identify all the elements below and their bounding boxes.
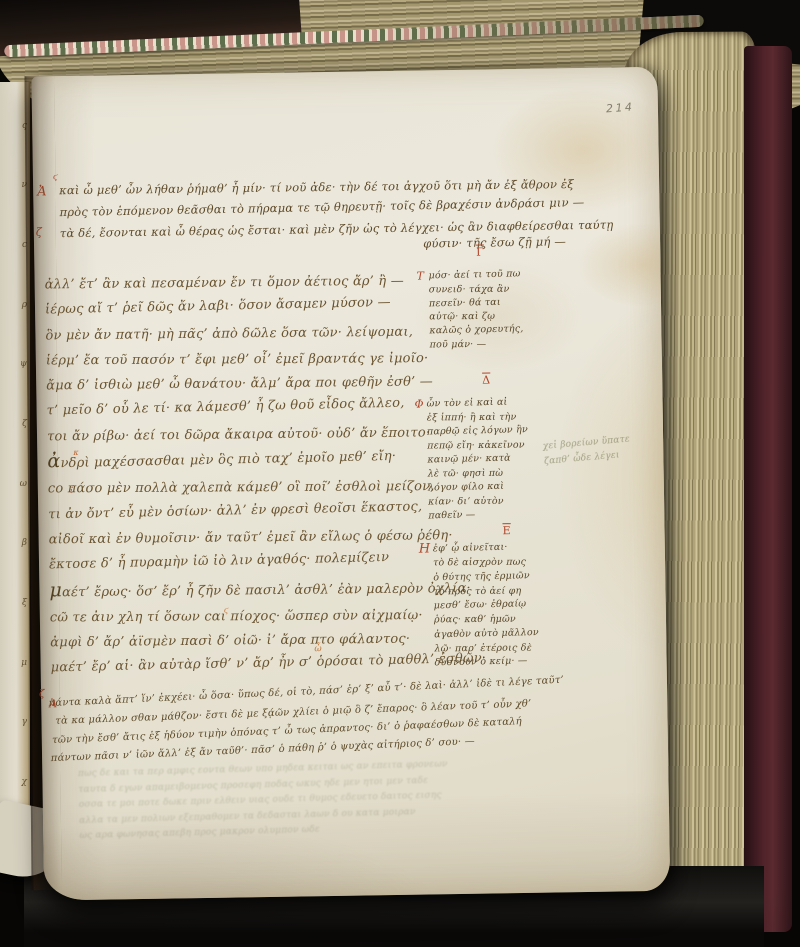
scholion-line: ἐφ’ ᾧ αἰνεῖται· xyxy=(433,540,559,557)
rubric-paragraph-mark: ζ xyxy=(36,225,42,238)
scholion-number-gamma: Γ xyxy=(476,246,484,259)
main-text-block: ἀλλ’ ἔτ’ ἂν καὶ πεσαμέναν ἔν τι ὅμον ἀέτ… xyxy=(44,266,458,681)
interlinear-mark: ΐ xyxy=(70,486,73,495)
facing-page-text-fragment: ζ xyxy=(22,419,27,429)
back-cover xyxy=(744,46,792,932)
scholion-line: παθεῖν — xyxy=(428,507,554,524)
verse-line: μαέτ’ ἔρως· ὅσ’ ἔρ’ ἦ ζῆν δὲ πασιλ’ ἀσθλ… xyxy=(49,574,457,606)
top-scholion-block: καὶ ὦ μεθ’ ὦν λήθαν ῥήμαθ’ ἦ μίν· τί νοῦ… xyxy=(45,172,570,245)
facing-page-text-fragment: ϲ xyxy=(22,240,27,250)
marginal-scholion-2: Φ ὦν τὸν εἰ καὶ αἱἐξ ἱππή· ἢ καὶ τὴνπαρθ… xyxy=(426,395,554,523)
facing-page-sliver: ςνϲρψζωβξμγχ xyxy=(0,82,30,826)
scholion-number-epsilon: Ε xyxy=(502,524,510,537)
marginal-scholion-1: Τ μόσ· ἀεί τι τοῦ πωσυνειδ· τάχα ἂνπεσεῖ… xyxy=(428,267,555,352)
facing-page-text-fragment: β xyxy=(22,538,27,548)
rubric-mark-bottom-left: ζ xyxy=(39,689,45,700)
scholion-line: ποῦ μάν· — xyxy=(430,337,556,352)
facing-page-text-fragment: μ xyxy=(21,658,27,668)
scholion-line: λόγον φίλο καὶ xyxy=(428,479,554,496)
manuscript-page: 214 ϛ Ἀ ζ καὶ ὦ μεθ’ ὦν λήθαν ῥήμαθ’ ἦ μ… xyxy=(31,67,670,901)
scholion-number-delta: Δ xyxy=(482,373,490,386)
interlinear-mark: κ xyxy=(73,448,78,457)
verso-show-through-text: πως δε και τα περ αμφις εοντα θεων υπο μ… xyxy=(78,752,658,845)
scholion-line: ἀγαθὸν αὐτὸ μᾶλλον xyxy=(434,625,560,642)
scholion-line: παρθῷ εἰς λόγων ἢν xyxy=(427,423,553,440)
facing-page-text-fragment: ς xyxy=(22,121,27,131)
scholion-line: δύσνουν ὁ κείμ· — xyxy=(434,654,560,671)
scholion-line: πεσεῖν· θά ται xyxy=(429,294,555,311)
interlinear-mark: ϛ xyxy=(224,606,229,615)
facing-page-text-fragment: ω xyxy=(20,479,27,489)
rubric-initial-scholion-2: Φ xyxy=(414,398,423,412)
scholion-line: μόσ· ἀεί τι τοῦ πω xyxy=(428,267,554,284)
rubric-initial-scholion-3: Η xyxy=(419,542,431,556)
folio-number: 214 xyxy=(606,100,635,115)
bottom-scholion-block: πάντα καλὰ ἅπτ’ ἵν’ ἐκχέει· ὦ ὅσα· ὕπως … xyxy=(48,673,599,769)
scholion-line: μεσθ’ ἔσω· ἐθραίῳ xyxy=(434,597,560,614)
facing-page-text-fragment: ν xyxy=(22,180,27,190)
facing-page-text-fragment: ψ xyxy=(20,359,27,369)
marginal-scholion-3: Η ἐφ’ ᾧ αἰνεῖται·τὸ δὲ αἰσχρὸν πωςὁ θύτη… xyxy=(433,540,561,671)
facing-page-text-fragment: γ xyxy=(22,717,27,727)
interlinear-mark: ὦ xyxy=(314,644,321,654)
verse-line: ὃν μὲν ἄν πατῆ· μὴ πᾶς’ ἀπὸ δῶλε ὅσα τῶν… xyxy=(45,319,453,349)
facing-page-text-fragment: χ xyxy=(22,777,27,787)
scholion-line: ὦν τὸν εἰ καὶ αἱ xyxy=(426,395,552,412)
scholion-line: καινῷ μέν· κατὰ xyxy=(427,451,553,468)
scholion-line: ὁ θύτης τῆς ἑρμιῶν xyxy=(433,568,559,585)
facing-page-text-fragment: ρ xyxy=(22,300,27,310)
scholion-line: καλῶς ὁ χορευτής, xyxy=(429,322,555,339)
rubric-initial-scholion-1: Τ xyxy=(416,269,424,283)
facing-page-text-fragment: ξ xyxy=(22,598,27,608)
